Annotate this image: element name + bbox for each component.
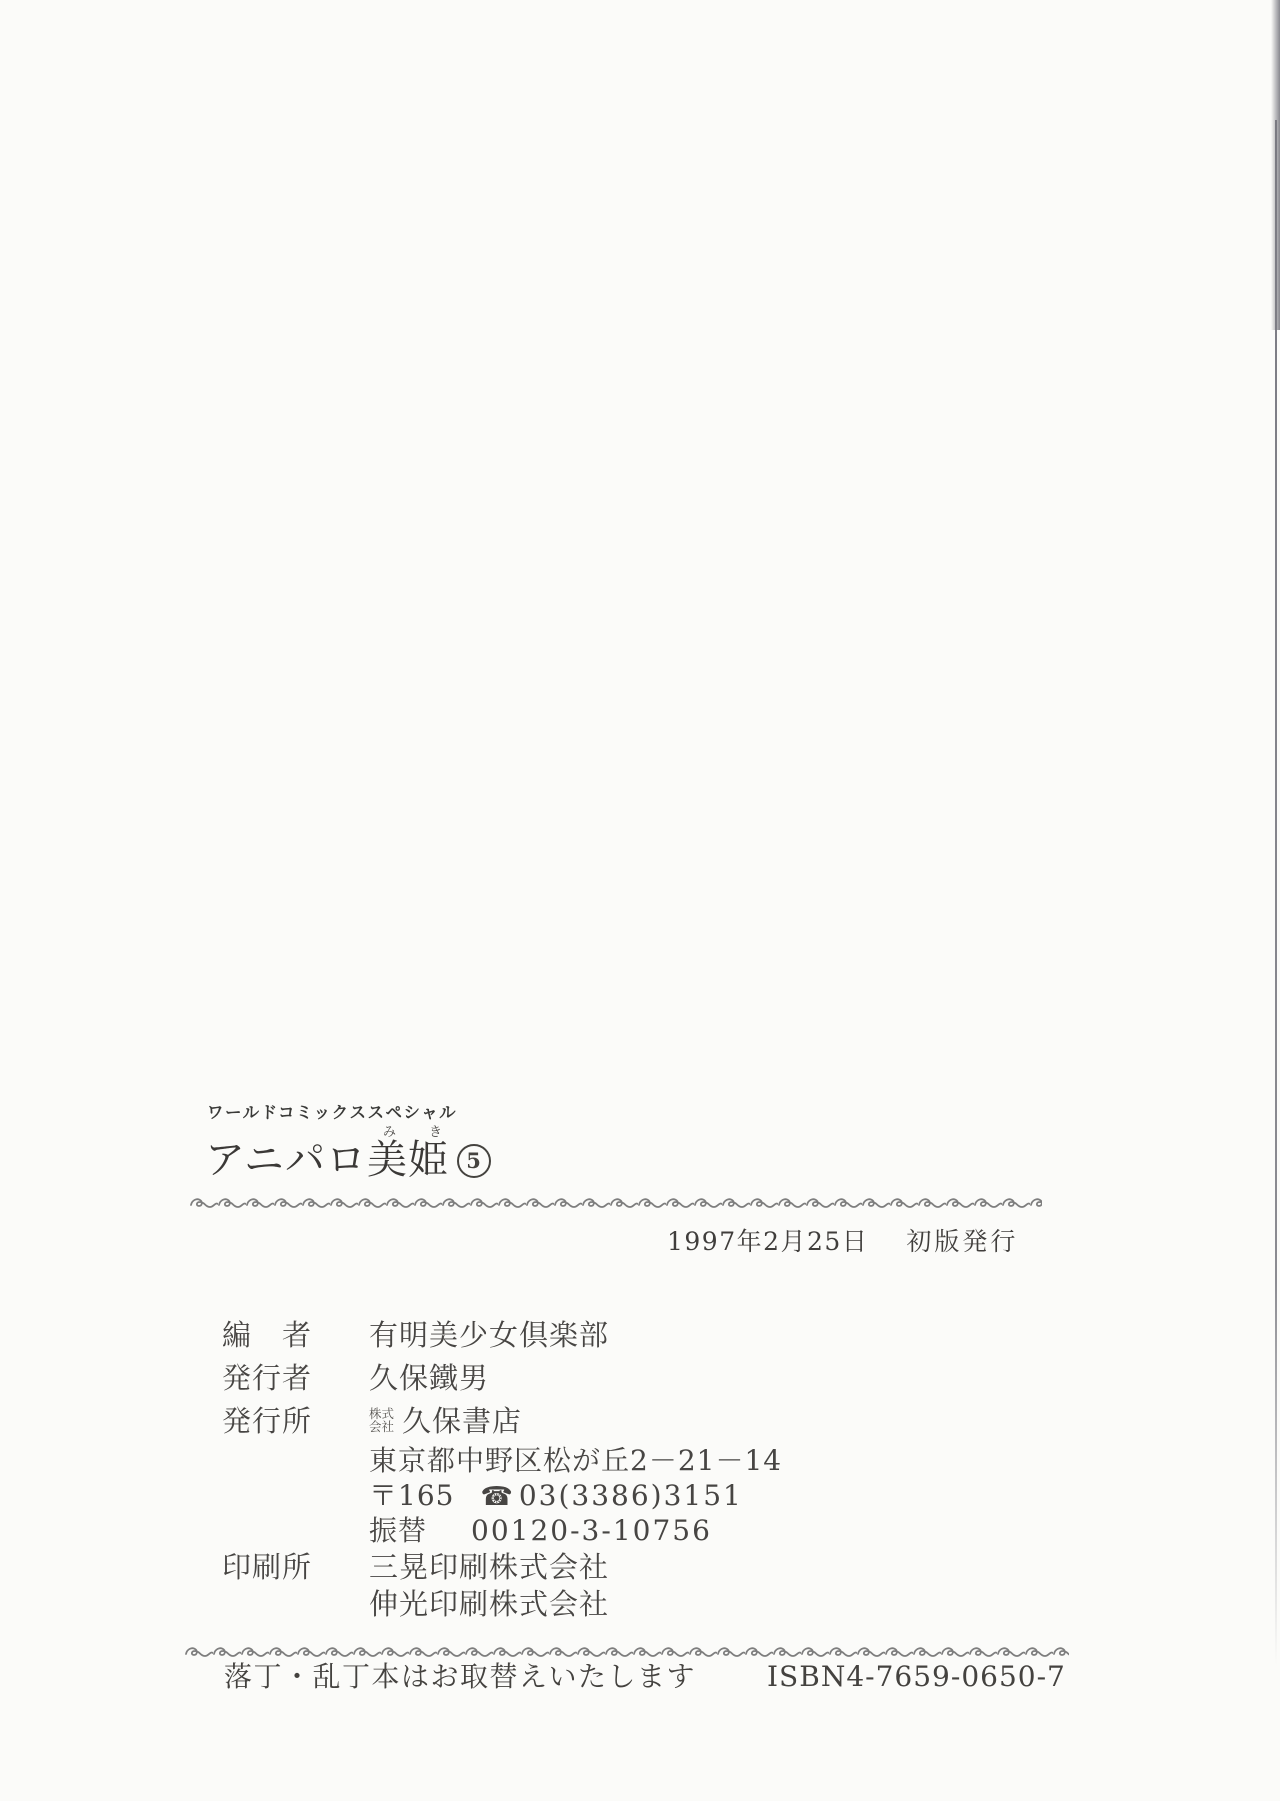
- footer-line: 落丁・乱丁本はお取替えいたします ISBN4-7659-0650-7: [0, 1659, 1280, 1697]
- printer-label: 印刷所: [222, 1550, 312, 1584]
- volume-number: 5: [466, 1150, 482, 1171]
- book-title-text: アニパロ美姫: [205, 1137, 449, 1183]
- publication-date: 1997年2月25日: [667, 1227, 868, 1256]
- publishing-office-name: 久保書店: [402, 1404, 522, 1438]
- transfer-number: 00120-3-10756: [471, 1514, 712, 1547]
- address-row: 東京都中野区松が丘2－21－14: [0, 1444, 1280, 1480]
- book-title: アニパロ美姫5: [205, 1137, 491, 1183]
- replacement-notice: 落丁・乱丁本はお取替えいたします: [224, 1659, 696, 1695]
- scan-edge-line: [1275, 120, 1278, 1665]
- volume-number-badge: 5: [457, 1144, 491, 1178]
- editor-value: 有明美少女倶楽部: [369, 1318, 609, 1352]
- transfer-info: 振替00120-3-10756: [369, 1514, 712, 1548]
- transfer-row: 振替00120-3-10756: [0, 1514, 1280, 1550]
- ornament-divider-top: [190, 1197, 1042, 1210]
- phone-number: 03(3386)3151: [519, 1479, 743, 1512]
- publishing-office-label: 発行所: [222, 1404, 312, 1438]
- colophon-page: ワールドコミックススペシャル み き アニパロ美姫5 1997年2月25日初版発…: [0, 0, 1280, 1801]
- publishing-office-value: 株式会社久保書店: [369, 1404, 522, 1438]
- publisher-row: 発行者 久保鐵男: [0, 1361, 1280, 1397]
- postal-phone-row: 〒165☎03(3386)3151: [0, 1479, 1280, 1515]
- printer-value-secondary: 伸光印刷株式会社: [369, 1587, 609, 1621]
- edition-label: 初版発行: [906, 1227, 1018, 1256]
- ornament-divider-bottom: [185, 1646, 1069, 1659]
- telephone-icon: ☎: [480, 1482, 512, 1512]
- printer-row-secondary: 伸光印刷株式会社: [0, 1587, 1280, 1623]
- publishing-office-row: 発行所 株式会社久保書店: [0, 1404, 1280, 1440]
- postal-phone: 〒165☎03(3386)3151: [369, 1479, 743, 1514]
- series-title: ワールドコミックススペシャル: [207, 1099, 457, 1123]
- postal-code: 〒165: [369, 1479, 454, 1512]
- editor-label: 編 者: [222, 1318, 312, 1352]
- publisher-value: 久保鐵男: [369, 1361, 489, 1395]
- company-type-stack: 株式会社: [369, 1407, 394, 1433]
- isbn: ISBN4-7659-0650-7: [767, 1659, 1066, 1695]
- printer-row: 印刷所 三晃印刷株式会社: [0, 1550, 1280, 1586]
- publisher-address: 東京都中野区松が丘2－21－14: [369, 1444, 782, 1478]
- editor-row: 編 者 有明美少女倶楽部: [0, 1318, 1280, 1354]
- company-type-bottom: 会社: [369, 1420, 394, 1433]
- printer-value-primary: 三晃印刷株式会社: [369, 1550, 609, 1584]
- edition-line: 1997年2月25日初版発行: [667, 1222, 1018, 1258]
- publisher-label: 発行者: [222, 1361, 312, 1395]
- transfer-label: 振替: [369, 1514, 427, 1547]
